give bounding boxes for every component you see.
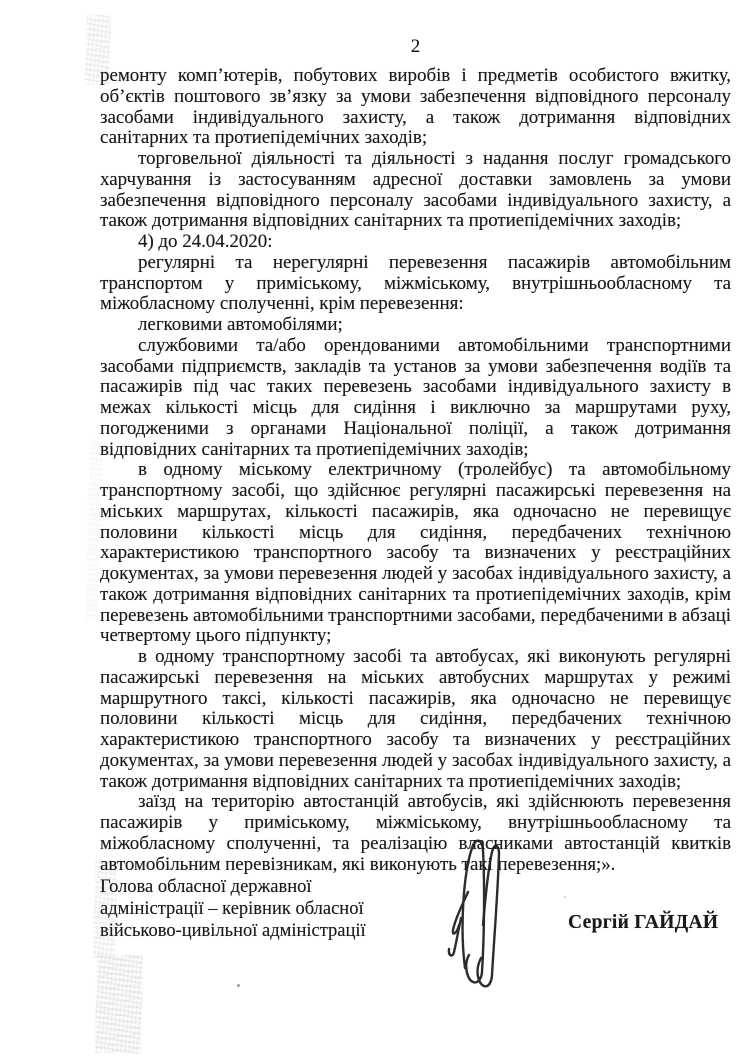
- signatory-title: Голова обласної державної адміністрації …: [100, 876, 366, 942]
- paragraph: службовими та/або орендованими автомобіл…: [100, 336, 731, 461]
- signatory-title-line: військово-цивільної адміністрації: [100, 920, 366, 942]
- scan-artifact: [95, 954, 144, 1053]
- page-number: 2: [100, 36, 731, 58]
- scan-artifact: [237, 984, 240, 987]
- paragraph: регулярні та нерегулярні перевезення пас…: [100, 253, 731, 315]
- scan-artifact: [564, 896, 566, 898]
- paragraph: заїзд на територію автостанцій автобусів…: [100, 792, 731, 875]
- paragraph: ремонту комп’ютерів, побутових виробів і…: [100, 66, 731, 149]
- signatory-title-line: адміністрації – керівник обласної: [100, 898, 366, 920]
- paragraph: торговельної діяльності та діяльності з …: [100, 149, 731, 232]
- signature-handwriting: [440, 830, 510, 1000]
- signatory-title-line: Голова обласної державної: [100, 876, 366, 898]
- document-body: ремонту комп’ютерів, побутових виробів і…: [100, 66, 731, 875]
- paragraph: 4) до 24.04.2020:: [100, 232, 731, 253]
- paragraph: в одному транспортному засобі та автобус…: [100, 647, 731, 792]
- scanned-document-page: 2 ремонту комп’ютерів, побутових виробів…: [0, 0, 750, 1060]
- paragraph: легковими автомобілями;: [100, 315, 731, 336]
- signer-name: Сергій ГАЙДАЙ: [568, 912, 718, 934]
- paragraph: в одному міському електричному (тролейбу…: [100, 460, 731, 647]
